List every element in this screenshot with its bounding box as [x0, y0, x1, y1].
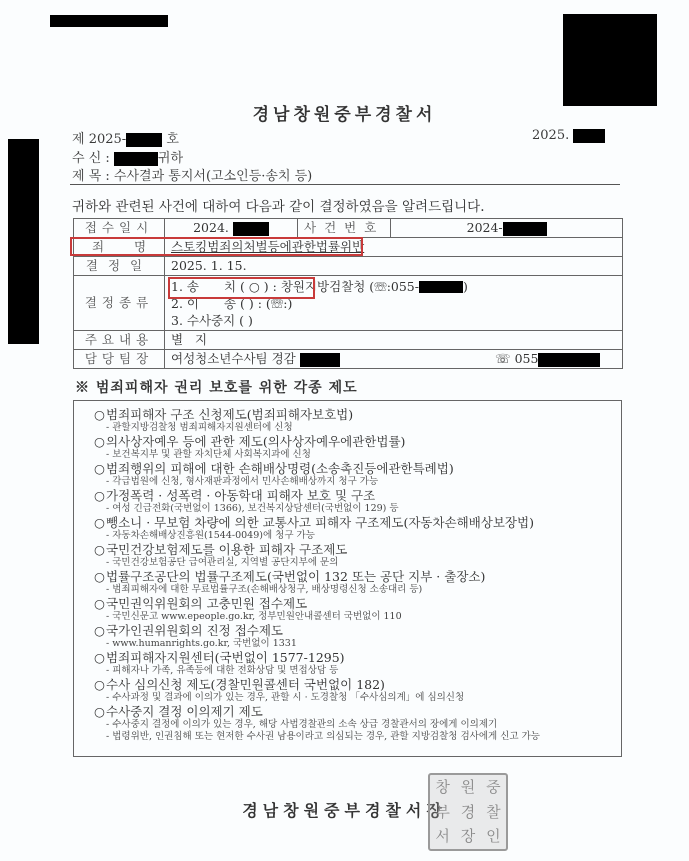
document-title: 경남창원중부경찰서	[0, 100, 689, 125]
circle-bullet-icon: ○	[94, 461, 106, 476]
rights-item: ○국민권익위원회의 고충민원 접수제도	[94, 596, 621, 611]
rights-item: ○범죄행위의 피해에 대한 손해배상명령(소송촉진등에관한특례법)	[94, 461, 621, 476]
rights-item: ○국민건강보험제도를 이용한 피해자 구조제도	[94, 542, 621, 557]
redaction-prosecutor-phone	[419, 281, 463, 293]
recipient-line: 수 신 : 귀하	[72, 147, 183, 166]
rights-item-title: 범죄피해자지원센터(국번없이 1577-1295)	[106, 650, 345, 665]
received-value-text: 2024.	[193, 220, 229, 235]
case-no-value-text: 2024-	[467, 220, 503, 235]
redaction-left-margin	[8, 139, 39, 344]
circle-bullet-icon: ○	[94, 704, 106, 719]
table-row: 담당팀장 여성청소년수사팀 경감 ☏ 055	[74, 350, 623, 369]
option-1-detail-end: )	[463, 279, 468, 294]
header-divider	[70, 184, 620, 185]
seal-glyph: 원	[455, 775, 480, 800]
redaction-officer-phone	[538, 353, 600, 367]
redaction-doc-number	[126, 133, 162, 147]
circle-bullet-icon: ○	[94, 407, 106, 422]
circle-bullet-icon: ○	[94, 488, 106, 503]
seal-glyph: 창	[430, 775, 455, 800]
rights-item-title: 의사상자예우 등에 관한 제도(의사상자예우에관한법률)	[106, 434, 405, 449]
rights-item: ○의사상자예우 등에 관한 제도(의사상자예우에관한법률)	[94, 434, 621, 449]
rights-item-title: 법률구조공단의 법률구조제도(국번없이 132 또는 공단 지부 · 출장소)	[106, 569, 485, 584]
rights-item-detail: - 각급법원에 신청, 형사재판과정에서 민사손해배상까지 청구 가능	[94, 476, 621, 488]
rights-item-detail: - 국민신문고 www.epeople.go.kr, 정부민원안내콜센터 국번없…	[94, 611, 621, 623]
seal-glyph: 찰	[481, 800, 506, 825]
circle-bullet-icon: ○	[94, 677, 106, 692]
seal-glyph: 중	[481, 775, 506, 800]
rights-item-title: 국가인권위원회의 진정 접수제도	[106, 623, 283, 638]
rights-item-detail: - 보건복지부 및 관할 자치단체 사회복지과에 신청	[94, 449, 621, 461]
circle-bullet-icon: ○	[94, 569, 106, 584]
signature: 경남창원중부경찰서장	[0, 798, 689, 821]
subject-line: 제 목 : 수사결과 통지서(고소인등·송치 등)	[72, 165, 312, 184]
rights-item-title: 수사중지 결정 이의제기 제도	[106, 704, 263, 719]
redaction-recipient	[114, 152, 158, 166]
rights-section-title: ※ 범죄피해자 권리 보호를 위한 각종 제도	[75, 377, 358, 397]
officer-phone-prefix: ☏ 055	[495, 351, 538, 366]
decision-type-label: 결정종류	[74, 276, 165, 331]
rights-item-detail: - 국민건강보험공단 급여관리실, 지역별 공단지부에 문의	[94, 557, 621, 569]
doc-number-suffix: 호	[166, 132, 179, 147]
circle-bullet-icon: ○	[94, 542, 106, 557]
rights-item: ○가정폭력 · 성폭력 · 아동학대 피해자 보호 및 구조	[94, 488, 621, 503]
rights-item-title: 뺑소니 · 무보험 차량에 의한 교통사고 피해자 구조제도(자동차손해배상보장…	[106, 515, 534, 530]
rights-item-title: 국민건강보험제도를 이용한 피해자 구조제도	[106, 542, 347, 557]
rights-item: ○뺑소니 · 무보험 차량에 의한 교통사고 피해자 구조제도(자동차손해배상보…	[94, 515, 621, 530]
recipient-suffix: 귀하	[158, 151, 183, 166]
rights-item: ○국가인권위원회의 진정 접수제도	[94, 623, 621, 638]
rights-item-detail: - 법령위반, 인권침해 또는 현저한 수사권 남용이라고 의심되는 경우, 관…	[94, 731, 621, 743]
rights-item: ○수사중지 결정 이의제기 제도	[94, 704, 621, 719]
seal-glyph: 경	[455, 800, 480, 825]
rights-list-box: ○범죄피해자 구조 신청제도(범죄피해자보호법)- 관할지방검찰청 범죄피해자지…	[73, 400, 622, 757]
highlight-decision-transfer	[168, 277, 315, 299]
table-row: 주요내용 별 지	[74, 331, 623, 350]
officer-value: 여성청소년수사팀 경감 ☏ 055	[165, 350, 623, 369]
rights-item-detail: - 여성 긴급전화(국번없이 1366), 보건복지상담센터(국번없이 129)…	[94, 503, 621, 515]
rights-item-title: 국민권익위원회의 고충민원 접수제도	[106, 596, 307, 611]
rights-item-title: 범죄피해자 구조 신청제도(범죄피해자보호법)	[106, 407, 353, 422]
highlight-charge	[70, 237, 363, 256]
redaction-officer-name	[300, 353, 340, 367]
doc-number: 제 2025- 호	[72, 128, 179, 147]
case-no-value: 2024-	[391, 219, 623, 238]
decision-date-value: 2025. 1. 15.	[165, 257, 623, 276]
rights-item-detail: - 자동차손해배상진흥원(1544-0049)에 청구 가능	[94, 530, 621, 542]
seal-glyph: 부	[430, 800, 455, 825]
rights-item: ○법률구조공단의 법률구조제도(국번없이 132 또는 공단 지부 · 출장소)	[94, 569, 621, 584]
intro-text: 귀하와 관련된 사건에 대하여 다음과 같이 결정하였음을 알려드립니다.	[72, 195, 485, 215]
rights-item-detail: - 관할지방검찰청 범죄피해자지원센터에 신청	[94, 422, 621, 434]
table-row: 결정종류 1. 송 치 ( ○ ) : 창원지방검찰청 (☏:055-) 2. …	[74, 276, 623, 331]
redaction-case-no	[503, 222, 547, 236]
doc-date: 2025.	[532, 128, 605, 143]
redaction-doc-date	[573, 129, 605, 143]
rights-item-detail: - 범죄피해자에 대한 무료법률구조(손해배상청구, 배상명령신청 소송대리 등…	[94, 584, 621, 596]
table-row: 결정일 2025. 1. 15.	[74, 257, 623, 276]
main-content-label: 주요내용	[74, 331, 165, 350]
rights-item-detail: - 수사과정 및 결과에 이의가 있는 경우, 관할 시 · 도경찰청 「수사심…	[94, 692, 621, 704]
officer-phone: ☏ 055	[495, 350, 600, 368]
recipient-label: 수 신 :	[72, 151, 110, 166]
seal-glyph: 서	[430, 824, 455, 849]
subject-label: 제 목 :	[72, 169, 110, 184]
subject-text: 수사결과 통지서(고소인등·송치 등)	[114, 169, 312, 184]
decision-date-label: 결정일	[74, 257, 165, 276]
official-seal: 창원중부경찰서장인	[428, 773, 508, 851]
received-value: 2024.	[165, 219, 298, 238]
circle-bullet-icon: ○	[94, 434, 106, 449]
rights-item: ○범죄피해자지원센터(국번없이 1577-1295)	[94, 650, 621, 665]
circle-bullet-icon: ○	[94, 650, 106, 665]
redaction-top-left	[50, 15, 168, 27]
redaction-top-right	[563, 14, 657, 106]
redaction-received	[233, 222, 269, 236]
main-content-value: 별 지	[165, 331, 623, 350]
rights-item: ○수사 심의신청 제도(경찰민원콜센터 국번없이 182)	[94, 677, 621, 692]
rights-item-detail: - www.humanrights.go.kr, 국번없이 1331	[94, 638, 621, 650]
doc-number-prefix: 제 2025-	[72, 132, 126, 147]
rights-item-title: 수사 심의신청 제도(경찰민원콜센터 국번없이 182)	[106, 677, 385, 692]
seal-glyph: 인	[481, 824, 506, 849]
rights-list: ○범죄피해자 구조 신청제도(범죄피해자보호법)- 관할지방검찰청 범죄피해자지…	[94, 407, 621, 743]
seal-glyph: 장	[455, 824, 480, 849]
officer-label: 담당팀장	[74, 350, 165, 369]
decision-option-suspend: 3. 수사중지 ( )	[171, 312, 616, 329]
rights-item: ○범죄피해자 구조 신청제도(범죄피해자보호법)	[94, 407, 621, 422]
case-no-label: 사건번호	[298, 219, 391, 238]
circle-bullet-icon: ○	[94, 596, 106, 611]
table-row: 접수일시 2024. 사건번호 2024-	[74, 219, 623, 238]
officer-value-text: 여성청소년수사팀 경감	[171, 351, 296, 366]
doc-date-prefix: 2025.	[532, 128, 569, 143]
rights-item-detail: - 피해자나 가족, 유족등에 대한 전화상담 및 면접상담 등	[94, 665, 621, 677]
circle-bullet-icon: ○	[94, 515, 106, 530]
received-label: 접수일시	[74, 219, 165, 238]
rights-item-detail: - 수사중지 결정에 이의가 있는 경우, 해당 사법경찰관의 소속 상급 경찰…	[94, 719, 621, 731]
rights-item-title: 범죄행위의 피해에 대한 손해배상명령(소송촉진등에관한특례법)	[106, 461, 454, 476]
rights-item-title: 가정폭력 · 성폭력 · 아동학대 피해자 보호 및 구조	[106, 488, 375, 503]
circle-bullet-icon: ○	[94, 623, 106, 638]
option-3-text: 3. 수사중지 ( )	[171, 313, 253, 328]
